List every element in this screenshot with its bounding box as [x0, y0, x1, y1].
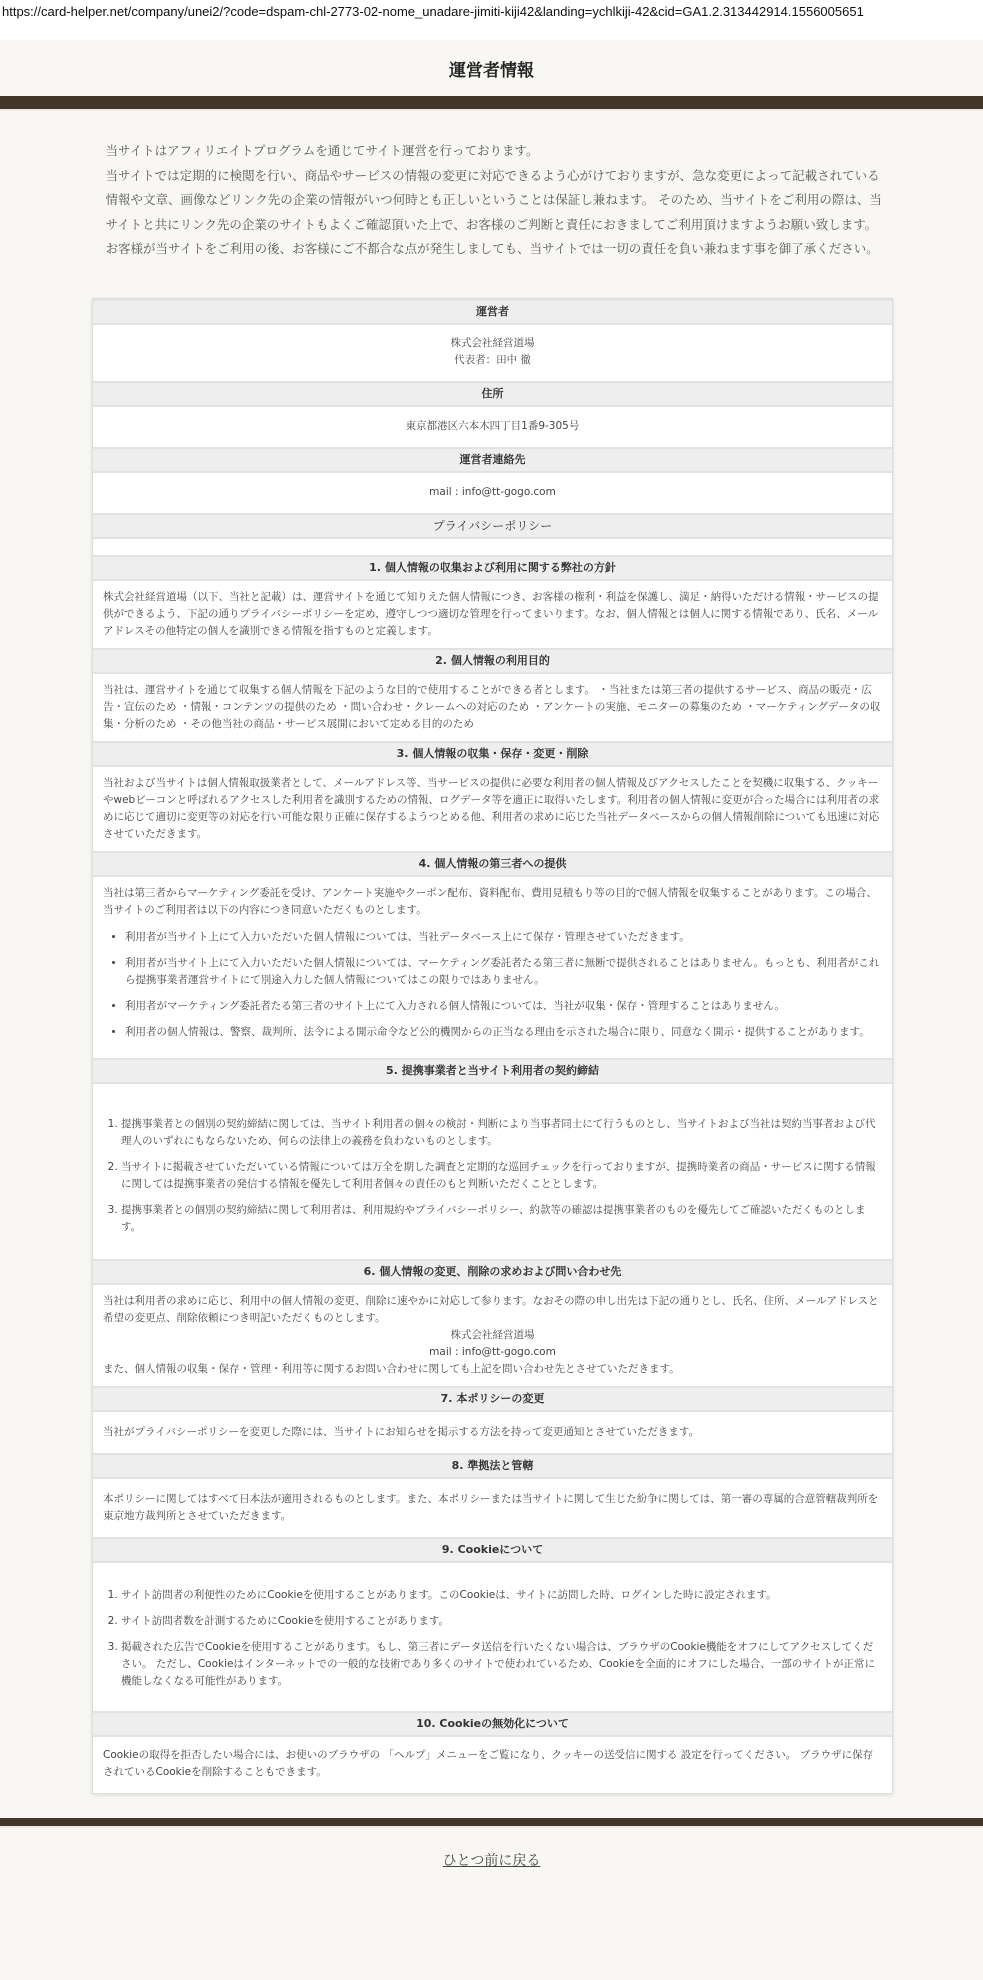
- policy-section-6-company: 株式会社経営道場: [103, 1327, 882, 1344]
- representative: 代表者：田中 徹: [103, 352, 882, 369]
- url-text: https://card-helper.net/company/unei2/?c…: [0, 0, 983, 40]
- footer: ひとつ前に戻る: [0, 1828, 983, 1880]
- policy-section-10-body: Cookieの取得を拒否したい場合には、お使いのブラウザの 「ヘルプ」メニューを…: [93, 1737, 892, 1793]
- policy-section-9-title: 9. Cookieについて: [93, 1537, 892, 1563]
- intro-line-1: 当サイトはアフィリエイトプログラムを通じてサイト運営を行っております。: [106, 139, 886, 164]
- company-name: 株式会社経営道場: [103, 335, 882, 352]
- policy-section-4-body: 当社は第三者からマーケティング委託を受け、アンケート実施やクーポン配布、資料配布…: [93, 877, 892, 1058]
- policy-section-2-title: 2. 個人情報の利用目的: [93, 648, 892, 674]
- policy-section-6-body: 当社は利用者の求めに応じ、利用中の個人情報の変更、削除に速やかに対応して参ります…: [93, 1285, 892, 1386]
- policy-section-2-text: 当社は、運営サイトを通じて収集する個人情報を下記のような目的で使用することができ…: [103, 682, 882, 733]
- address-value: 東京都港区六本木四丁目1番9-305号: [103, 418, 882, 435]
- policy-section-1-title: 1. 個人情報の収集および利用に関する弊社の方針: [93, 555, 892, 581]
- header-divider-bar: [0, 96, 983, 111]
- spacer: [93, 539, 892, 555]
- policy-section-6-contact: mail : info@tt-gogo.com: [103, 1344, 882, 1361]
- contact-email: mail : info@tt-gogo.com: [103, 484, 882, 501]
- policy-section-5-list: 提携事業者との個別の契約締結に関しては、当サイト利用者の個々の検討・判断により当…: [103, 1116, 882, 1236]
- policy-section-10-text: Cookieの取得を拒否したい場合には、お使いのブラウザの 「ヘルプ」メニューを…: [103, 1747, 882, 1781]
- list-item: 利用者が当サイト上にて入力いただいた個人情報については、当社データベース上にて保…: [125, 929, 882, 946]
- policy-section-3-body: 当社および当サイトは個人情報取扱業者として、メールアドレス等、当サービスの提供に…: [93, 767, 892, 851]
- list-item: 提携事業者との個別の契約締結に関しては、当サイト利用者の個々の検討・判断により当…: [121, 1116, 882, 1150]
- list-item: 利用者がマーケティング委託者たる第三者のサイト上にて入力される個人情報については…: [125, 998, 882, 1015]
- policy-section-4-text: 当社は第三者からマーケティング委託を受け、アンケート実施やクーポン配布、資料配布…: [103, 885, 882, 919]
- policy-section-9-list: サイト訪問者の利便性のためにCookieを使用することがあります。このCooki…: [103, 1587, 882, 1690]
- policy-section-5-body: 提携事業者との個別の契約締結に関しては、当サイト利用者の個々の検討・判断により当…: [93, 1084, 892, 1259]
- policy-section-8-body: 本ポリシーに関してはすべて日本法が適用されるものとします。また、本ポリシーまたは…: [93, 1479, 892, 1537]
- policy-section-1-body: 株式会社経営道場（以下、当社と記載）は、運営サイトを通じて知りえた個人情報につき…: [93, 581, 892, 648]
- policy-section-8-text: 本ポリシーに関してはすべて日本法が適用されるものとします。また、本ポリシーまたは…: [103, 1491, 882, 1525]
- company-info-table: 運営者 株式会社経営道場 代表者：田中 徹 住所 東京都港区六本木四丁目1番9-…: [92, 298, 893, 1794]
- list-item: 提携事業者との個別の契約締結に関して利用者は、利用規約やプライバシーポリシー、約…: [121, 1202, 882, 1236]
- policy-section-6-text: 当社は利用者の求めに応じ、利用中の個人情報の変更、削除に速やかに対応して参ります…: [103, 1293, 882, 1327]
- list-item: サイト訪問者数を計測するためにCookieを使用することがあります。: [121, 1613, 882, 1630]
- list-item: 掲載された広告でCookieを使用することがあります。もし、第三者にデータ送信を…: [121, 1639, 882, 1690]
- operator-heading: 運営者: [93, 299, 892, 325]
- policy-section-5-title: 5. 提携事業者と当サイト利用者の契約締結: [93, 1058, 892, 1084]
- list-item: 利用者が当サイト上にて入力いただいた個人情報については、マーケティング委託者たる…: [125, 955, 882, 989]
- back-link[interactable]: ひとつ前に戻る: [443, 1853, 541, 1869]
- address-heading: 住所: [93, 381, 892, 407]
- operator-cell: 株式会社経営道場 代表者：田中 徹: [93, 325, 892, 381]
- policy-section-2-body: 当社は、運営サイトを通じて収集する個人情報を下記のような目的で使用することができ…: [93, 674, 892, 741]
- list-item: サイト訪問者の利便性のためにCookieを使用することがあります。このCooki…: [121, 1587, 882, 1604]
- intro-disclaimer: 当サイトはアフィリエイトプログラムを通じてサイト運営を行っております。 当サイト…: [98, 139, 886, 262]
- policy-section-7-text: 当社がプライバシーポリシーを変更した際には、当サイトにお知らせを掲示する方法を持…: [103, 1424, 882, 1441]
- policy-section-4-title: 4. 個人情報の第三者への提供: [93, 851, 892, 877]
- contact-cell: mail : info@tt-gogo.com: [93, 473, 892, 513]
- policy-section-1-text: 株式会社経営道場（以下、当社と記載）は、運営サイトを通じて知りえた個人情報につき…: [103, 589, 882, 640]
- privacy-policy-heading: プライバシーポリシー: [93, 513, 892, 539]
- page-title: 運営者情報: [449, 56, 534, 81]
- intro-line-2: 当サイトでは定期的に検閲を行い、商品やサービスの情報の変更に対応できるよう心がけ…: [106, 164, 886, 262]
- contact-heading: 運営者連絡先: [93, 447, 892, 473]
- list-item: 利用者の個人情報は、警察、裁判所、法令による開示命令など公的機関からの正当なる理…: [125, 1024, 882, 1041]
- policy-section-4-list: 利用者が当サイト上にて入力いただいた個人情報については、当社データベース上にて保…: [103, 929, 882, 1041]
- policy-section-7-title: 7. 本ポリシーの変更: [93, 1386, 892, 1412]
- site-header: 運営者情報: [0, 40, 983, 96]
- list-item: 当サイトに掲載させていただいている情報については万全を期した調査と定期的な巡回チ…: [121, 1159, 882, 1193]
- policy-section-3-title: 3. 個人情報の収集・保存・変更・削除: [93, 741, 892, 767]
- address-cell: 東京都港区六本木四丁目1番9-305号: [93, 407, 892, 447]
- policy-section-10-title: 10. Cookieの無効化について: [93, 1711, 892, 1737]
- policy-section-9-body: サイト訪問者の利便性のためにCookieを使用することがあります。このCooki…: [93, 1563, 892, 1711]
- policy-section-6-title: 6. 個人情報の変更、削除の求めおよび問い合わせ先: [93, 1259, 892, 1285]
- policy-section-8-title: 8. 準拠法と管轄: [93, 1453, 892, 1479]
- policy-section-3-text: 当社および当サイトは個人情報取扱業者として、メールアドレス等、当サービスの提供に…: [103, 775, 882, 843]
- footer-divider-bar: [0, 1818, 983, 1828]
- policy-section-6-footer-text: また、個人情報の収集・保存・管理・利用等に関するお問い合わせに関しても上記を問い…: [103, 1361, 882, 1378]
- policy-section-7-body: 当社がプライバシーポリシーを変更した際には、当サイトにお知らせを掲示する方法を持…: [93, 1412, 892, 1453]
